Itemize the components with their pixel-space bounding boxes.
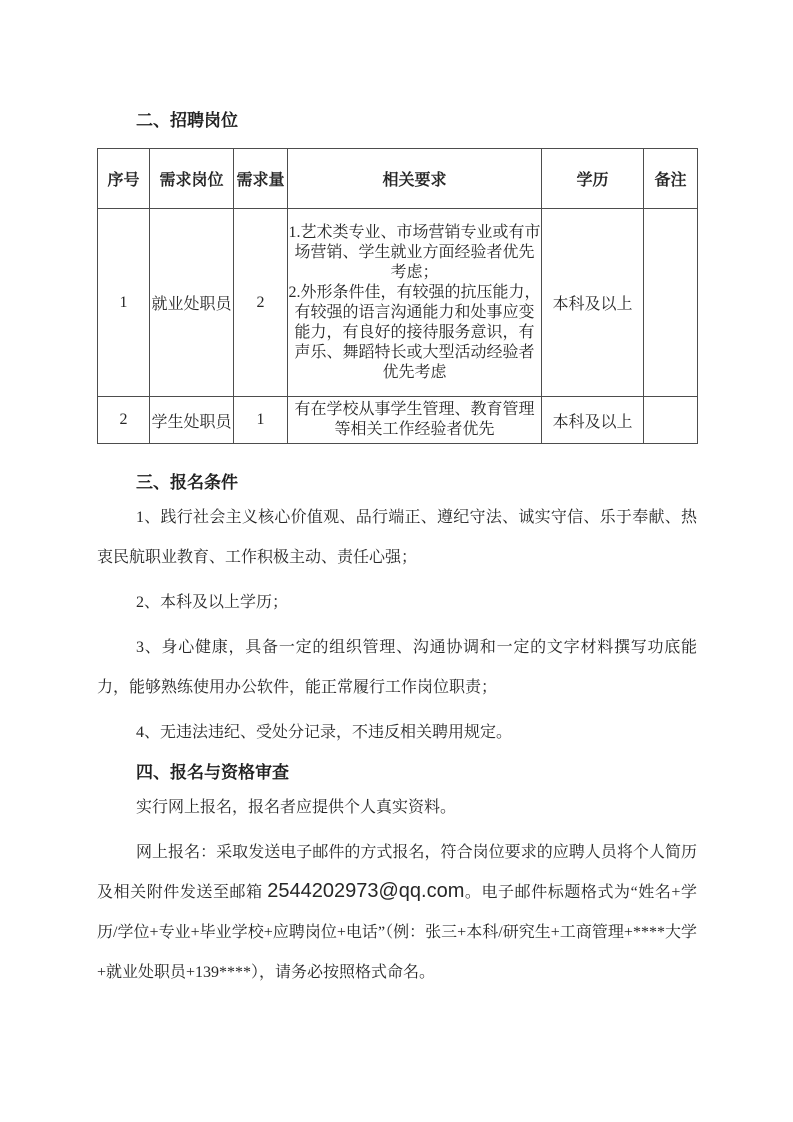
cell-no: 2	[98, 397, 150, 444]
document-content: 二、招聘岗位 序号 需求岗位 需求量 相关要求 学历 备注	[0, 0, 793, 993]
col-header-remark: 备注	[644, 149, 698, 209]
cell-position: 学生处职员	[150, 397, 234, 444]
cell-quantity: 1	[234, 397, 288, 444]
section-heading-application-conditions: 三、报名条件	[97, 468, 697, 498]
col-header-position: 需求岗位	[150, 149, 234, 209]
col-header-education: 学历	[542, 149, 644, 209]
col-header-requirements: 相关要求	[288, 149, 542, 209]
cell-requirements: 1.艺术类专业、市场营销专业或有市场营销、学生就业方面经验者优先考虑； 2.外形…	[288, 209, 542, 397]
cell-requirements: 有在学校从事学生管理、教育管理等相关工作经验者优先	[288, 397, 542, 444]
col-header-quantity: 需求量	[234, 149, 288, 209]
requirement-item: 2.外形条件佳，有较强的抗压能力，有较强的语言沟通能力和处事应变能力，有良好的接…	[288, 283, 541, 383]
requirement-item: 有在学校从事学生管理、教育管理等相关工作经验者优先	[288, 400, 541, 440]
section-heading-recruitment-positions: 二、招聘岗位	[97, 108, 697, 134]
condition-item-1: 1、践行社会主义核心价值观、品行端正、遵纪守法、诚实守信、乐于奉献、热衷民航职业…	[97, 498, 697, 578]
table-header-row: 序号 需求岗位 需求量 相关要求 学历 备注	[98, 149, 698, 209]
cell-education: 本科及以上	[542, 397, 644, 444]
email-address: 2544202973@qq.com	[267, 880, 464, 902]
condition-item-4: 4、无违法违纪、受处分记录，不违反相关聘用规定。	[97, 713, 697, 753]
cell-quantity: 2	[234, 209, 288, 397]
registration-intro-paragraph: 实行网上报名，报名者应提供个人真实资料。	[97, 788, 697, 828]
condition-item-3: 3、身心健康，具备一定的组织管理、沟通协调和一定的文字材料撰写功底能力，能够熟练…	[97, 628, 697, 708]
positions-table: 序号 需求岗位 需求量 相关要求 学历 备注 1 就业处职员 2 1.艺术类专业…	[97, 148, 698, 444]
cell-no: 1	[98, 209, 150, 397]
cell-position: 就业处职员	[150, 209, 234, 397]
cell-remark	[644, 209, 698, 397]
table-row: 2 学生处职员 1 有在学校从事学生管理、教育管理等相关工作经验者优先 本科及以…	[98, 397, 698, 444]
requirement-item: 1.艺术类专业、市场营销专业或有市场营销、学生就业方面经验者优先考虑；	[288, 223, 541, 283]
table-row: 1 就业处职员 2 1.艺术类专业、市场营销专业或有市场营销、学生就业方面经验者…	[98, 209, 698, 397]
section-heading-registration-review: 四、报名与资格审查	[97, 758, 697, 788]
document-page: 二、招聘岗位 序号 需求岗位 需求量 相关要求 学历 备注	[0, 0, 793, 1122]
online-registration-paragraph: 网上报名：采取发送电子邮件的方式报名，符合岗位要求的应聘人员将个人简历及相关附件…	[97, 833, 697, 993]
col-header-no: 序号	[98, 149, 150, 209]
cell-remark	[644, 397, 698, 444]
condition-item-2: 2、本科及以上学历；	[97, 583, 697, 623]
cell-education: 本科及以上	[542, 209, 644, 397]
